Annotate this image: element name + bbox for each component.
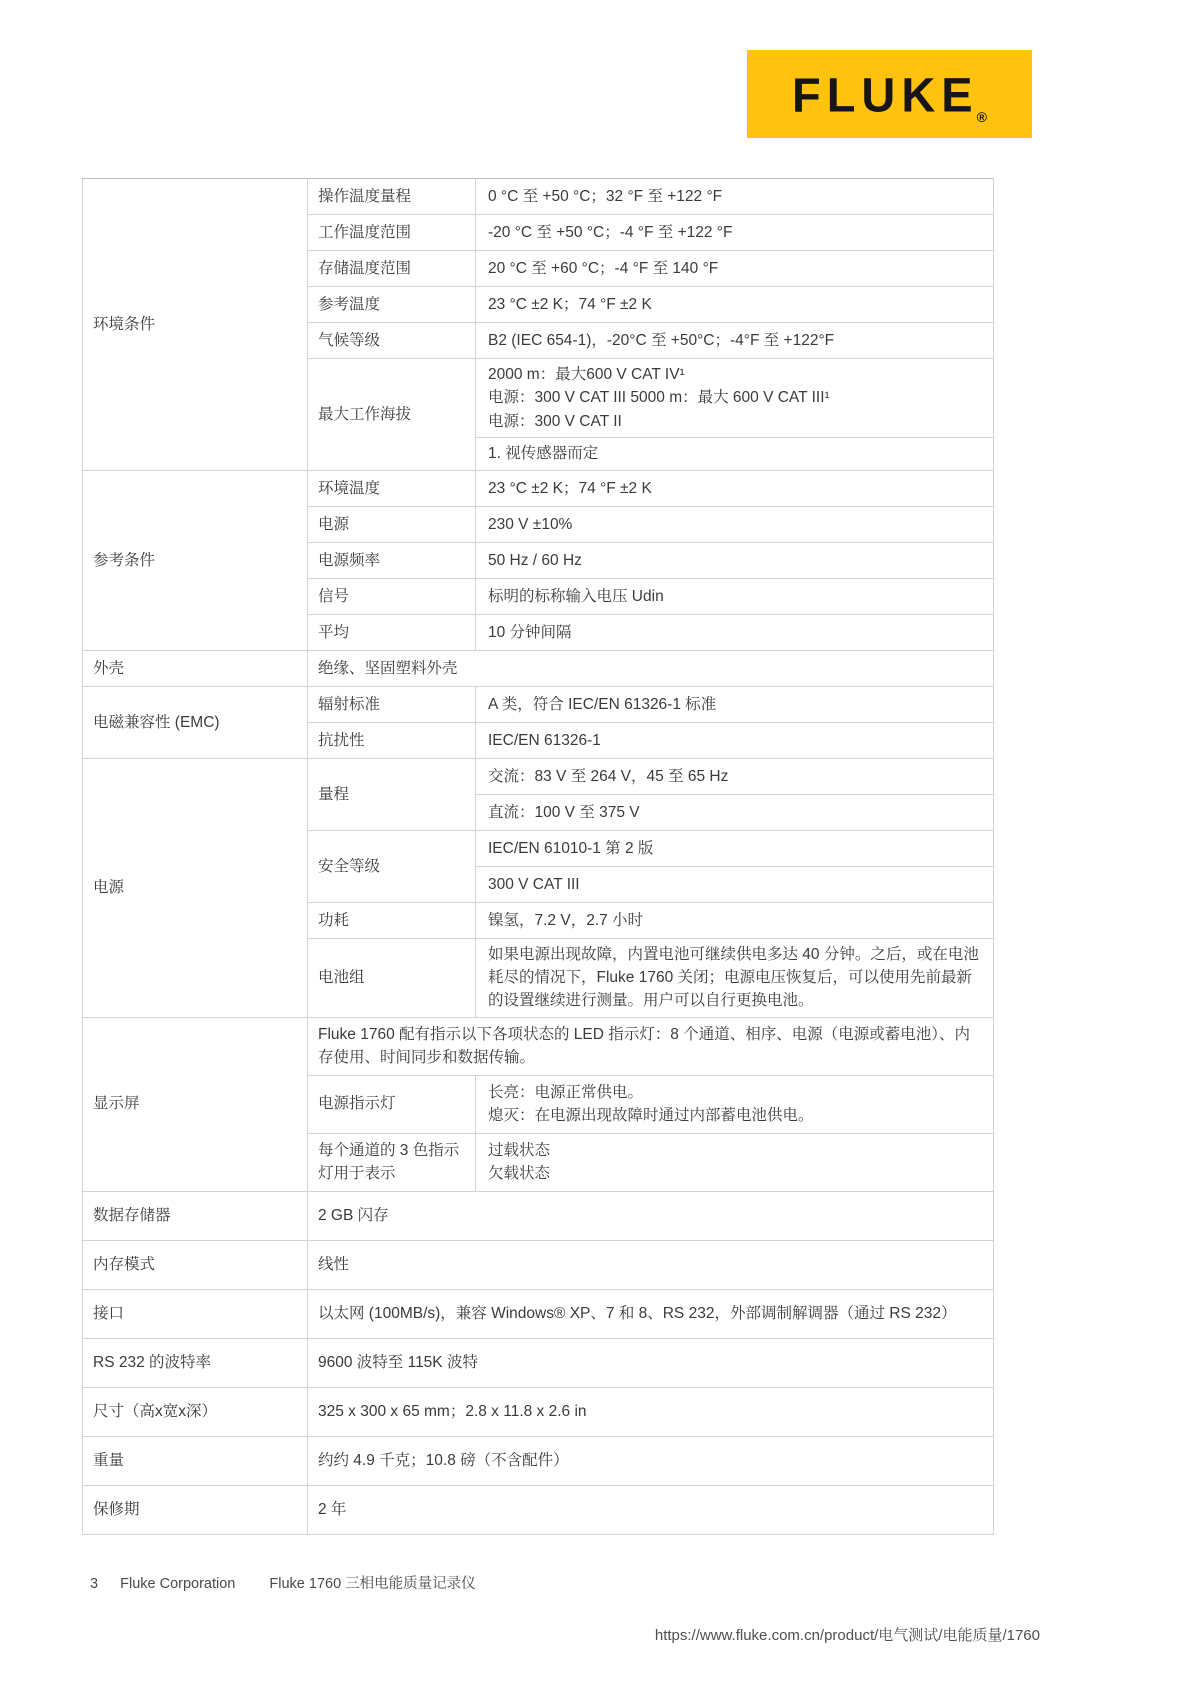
row-label: 电源频率	[308, 542, 476, 578]
table-row: 重量 约约 4.9 千克；10.8 磅（不含配件）	[83, 1436, 994, 1485]
table-row: 显示屏 Fluke 1760 配有指示以下各项状态的 LED 指示灯：8 个通道…	[83, 1017, 994, 1075]
row-value: 交流：83 V 至 264 V，45 至 65 Hz	[476, 758, 994, 794]
section-title: 环境条件	[83, 179, 308, 471]
row-label: RS 232 的波特率	[83, 1338, 308, 1387]
row-label: 尺寸（高x宽x深）	[83, 1387, 308, 1436]
row-value: IEC/EN 61010-1 第 2 版	[476, 830, 994, 866]
table-row: 内存模式 线性	[83, 1240, 994, 1289]
row-value: 以太网 (100MB/s)，兼容 Windows® XP、7 和 8、RS 23…	[308, 1289, 994, 1338]
row-label: 接口	[83, 1289, 308, 1338]
row-value: 300 V CAT III	[476, 866, 994, 902]
footer-company: Fluke Corporation	[120, 1576, 235, 1592]
spec-table: 环境条件 操作温度量程 0 °C 至 +50 °C；32 °F 至 +122 °…	[82, 178, 994, 1535]
row-value: IEC/EN 61326-1	[476, 722, 994, 758]
footnote: 1. 视传感器而定	[476, 437, 994, 470]
row-value: 50 Hz / 60 Hz	[476, 542, 994, 578]
row-value: B2 (IEC 654-1)，-20°C 至 +50°C；-4°F 至 +122…	[476, 323, 994, 359]
row-label: 每个通道的 3 色指示灯用于表示	[308, 1133, 476, 1191]
page-number: 3	[90, 1576, 98, 1592]
row-value: 2000 m：最大600 V CAT IV¹ 电源：300 V CAT III …	[476, 359, 994, 438]
table-row: RS 232 的波特率 9600 波特至 115K 波特	[83, 1338, 994, 1387]
power-led-line-1: 长亮：电源正常供电。	[488, 1081, 983, 1104]
table-row: 环境条件 操作温度量程 0 °C 至 +50 °C；32 °F 至 +122 °…	[83, 179, 994, 215]
row-value: 约约 4.9 千克；10.8 磅（不含配件）	[308, 1436, 994, 1485]
row-label: 电池组	[308, 938, 476, 1017]
row-value: 9600 波特至 115K 波特	[308, 1338, 994, 1387]
row-value: 直流：100 V 至 375 V	[476, 794, 994, 830]
row-value: 镍氢，7.2 V，2.7 小时	[476, 902, 994, 938]
row-label: 保修期	[83, 1485, 308, 1534]
row-label: 功耗	[308, 902, 476, 938]
section-title: 显示屏	[83, 1017, 308, 1191]
row-value: 长亮：电源正常供电。 熄灭：在电源出现故障时通过内部蓄电池供电。	[476, 1075, 994, 1133]
row-value: Fluke 1760 配有指示以下各项状态的 LED 指示灯：8 个通道、相序、…	[308, 1017, 994, 1075]
table-row: 尺寸（高x宽x深） 325 x 300 x 65 mm；2.8 x 11.8 x…	[83, 1387, 994, 1436]
row-label: 电源指示灯	[308, 1075, 476, 1133]
row-label: 气候等级	[308, 323, 476, 359]
row-value: 绝缘、坚固塑料外壳	[308, 650, 994, 686]
row-value: 325 x 300 x 65 mm；2.8 x 11.8 x 2.6 in	[308, 1387, 994, 1436]
row-value: 0 °C 至 +50 °C；32 °F 至 +122 °F	[476, 179, 994, 215]
table-row: 外壳 绝缘、坚固塑料外壳	[83, 650, 994, 686]
row-label: 参考温度	[308, 287, 476, 323]
row-value: 230 V ±10%	[476, 506, 994, 542]
row-value: 过载状态 欠载状态	[476, 1133, 994, 1191]
row-label: 抗扰性	[308, 722, 476, 758]
row-value: 线性	[308, 1240, 994, 1289]
section-title: 电源	[83, 758, 308, 1017]
table-row: 电源 量程 交流：83 V 至 264 V，45 至 65 Hz	[83, 758, 994, 794]
section-title: 电磁兼容性 (EMC)	[83, 686, 308, 758]
row-label: 数据存储器	[83, 1191, 308, 1240]
row-value: -20 °C 至 +50 °C；-4 °F 至 +122 °F	[476, 215, 994, 251]
row-value: 10 分钟间隔	[476, 614, 994, 650]
section-title: 参考条件	[83, 470, 308, 650]
row-label: 重量	[83, 1436, 308, 1485]
footer-product: Fluke 1760 三相电能质量记录仪	[269, 1576, 475, 1592]
row-label: 存储温度范围	[308, 251, 476, 287]
fluke-logo: FLUKE ®	[747, 50, 1032, 138]
row-label: 工作温度范围	[308, 215, 476, 251]
row-value: 2 GB 闪存	[308, 1191, 994, 1240]
row-value: 23 °C ±2 K；74 °F ±2 K	[476, 287, 994, 323]
fluke-logo-text: FLUKE	[792, 70, 979, 118]
row-label: 安全等级	[308, 830, 476, 902]
row-value: 如果电源出现故障，内置电池可继续供电多达 40 分钟。之后，或在电池耗尽的情况下…	[476, 938, 994, 1017]
channel-led-line-1: 过载状态	[488, 1139, 983, 1162]
row-value: 2 年	[308, 1485, 994, 1534]
row-label: 量程	[308, 758, 476, 830]
power-led-line-2: 熄灭：在电源出现故障时通过内部蓄电池供电。	[488, 1104, 983, 1127]
section-title: 外壳	[83, 650, 308, 686]
altitude-line-1: 2000 m：最大600 V CAT IV¹	[488, 363, 983, 386]
row-label: 电源	[308, 506, 476, 542]
table-row: 接口 以太网 (100MB/s)，兼容 Windows® XP、7 和 8、RS…	[83, 1289, 994, 1338]
row-label: 环境温度	[308, 470, 476, 506]
row-label: 操作温度量程	[308, 179, 476, 215]
row-value: A 类，符合 IEC/EN 61326-1 标准	[476, 686, 994, 722]
table-row: 保修期 2 年	[83, 1485, 994, 1534]
footer-url: https://www.fluke.com.cn/product/电气测试/电能…	[655, 1624, 1040, 1645]
altitude-line-2: 电源：300 V CAT III 5000 m：最大 600 V CAT III…	[488, 386, 983, 409]
table-row: 参考条件 环境温度 23 °C ±2 K；74 °F ±2 K	[83, 470, 994, 506]
spec-table-container: 环境条件 操作温度量程 0 °C 至 +50 °C；32 °F 至 +122 °…	[82, 178, 994, 1535]
channel-led-line-2: 欠载状态	[488, 1162, 983, 1185]
row-label: 内存模式	[83, 1240, 308, 1289]
row-label: 最大工作海拔	[308, 359, 476, 471]
row-label: 辐射标准	[308, 686, 476, 722]
row-value: 23 °C ±2 K；74 °F ±2 K	[476, 470, 994, 506]
footer-left: 3 Fluke Corporation Fluke 1760 三相电能质量记录仪	[90, 1572, 476, 1593]
table-row: 电磁兼容性 (EMC) 辐射标准 A 类，符合 IEC/EN 61326-1 标…	[83, 686, 994, 722]
altitude-line-3: 电源：300 V CAT II	[488, 410, 983, 433]
table-row: 数据存储器 2 GB 闪存	[83, 1191, 994, 1240]
row-label: 平均	[308, 614, 476, 650]
datasheet-page: FLUKE ® 环境条件 操作温度量程 0 °C 至 +50 °C；32 °F …	[0, 0, 1199, 1696]
row-value: 标明的标称输入电压 Udin	[476, 578, 994, 614]
row-value: 20 °C 至 +60 °C；-4 °F 至 140 °F	[476, 251, 994, 287]
row-label: 信号	[308, 578, 476, 614]
